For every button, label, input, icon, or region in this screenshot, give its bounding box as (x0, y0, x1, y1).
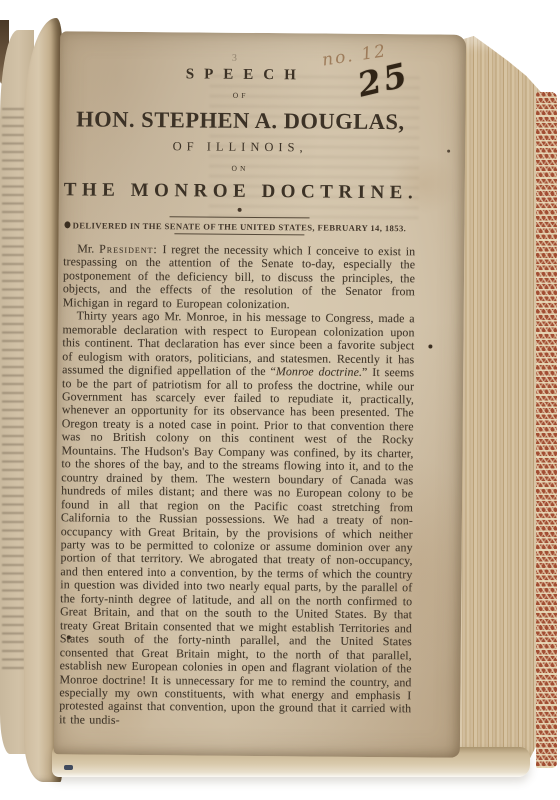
paragraph-1-speaker: President: (99, 242, 158, 257)
ink-speck (447, 150, 450, 153)
divider-rule-bottom (174, 233, 304, 235)
on-label: ON (64, 162, 416, 174)
body-paragraph-2: Thirty years ago Mr. Monroe, in his mess… (59, 310, 415, 730)
book-gutter (0, 14, 62, 786)
photo-background: { "page": { "annotations": { "signature_… (0, 0, 560, 800)
ink-speck (64, 765, 73, 770)
page-content: 3 no. 12 25 SPEECH OF HON. STEPHEN A. DO… (54, 31, 466, 758)
paragraph-2-italic-phrase: Monroe doctrine. (276, 364, 362, 379)
paragraph-2-segment-b: ” It seems to be the part of patriotism … (59, 365, 414, 727)
of-label: OF (65, 89, 417, 101)
speech-body: Mr. President: I regret the necessity wh… (59, 242, 415, 729)
printed-text-column: SPEECH OF HON. STEPHEN A. DOUGLAS, OF IL… (59, 65, 417, 729)
speech-label: SPEECH (65, 65, 417, 85)
right-page-edges (459, 36, 541, 774)
author-heading: HON. STEPHEN A. DOUGLAS, (64, 106, 416, 135)
main-page: 3 no. 12 25 SPEECH OF HON. STEPHEN A. DO… (54, 31, 466, 758)
fore-edge-marble (536, 92, 557, 768)
ornament-dot (238, 208, 242, 212)
ink-speck (428, 344, 432, 348)
delivered-line: DELIVERED IN THE SENATE OF THE UNITED ST… (63, 220, 415, 233)
ink-speck (64, 221, 70, 228)
signature-mark: 3 (232, 53, 237, 64)
ink-speck (67, 635, 71, 639)
facing-page-ghost-text (2, 108, 24, 674)
paragraph-1-prefix: Mr. (77, 241, 99, 255)
body-paragraph-1: Mr. President: I regret the necessity wh… (63, 242, 416, 312)
title-heading: THE MONROE DOCTRINE. (64, 179, 416, 204)
divider-rule-top (170, 216, 310, 218)
state-heading: OF ILLINOIS, (64, 138, 416, 156)
